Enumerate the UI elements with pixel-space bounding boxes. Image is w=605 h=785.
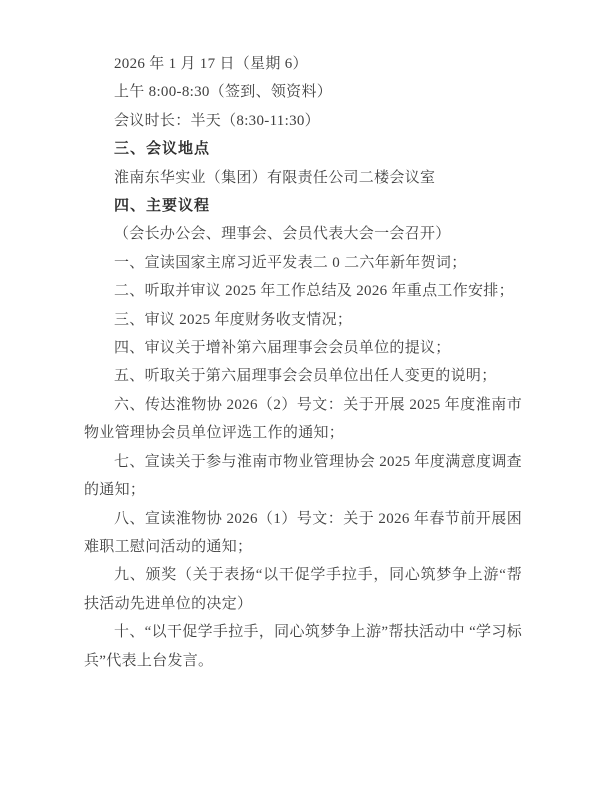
agenda-item-2: 二、听取并审议 2025 年工作总结及 2026 年重点工作安排； [84, 277, 522, 305]
section-heading-agenda: 四、主要议程 [84, 192, 522, 220]
agenda-item-6: 六、传达淮物协 2026（2）号文：关于开展 2025 年度淮南市物业管理协会员… [84, 391, 522, 448]
agenda-item-10: 十、“以干促学手拉手，同心筑梦争上游”帮扶活动中 “学习标兵”代表上台发言。 [84, 618, 522, 675]
agenda-item-9: 九、颁奖（关于表扬“以干促学手拉手，同心筑梦争上游“帮扶活动先进单位的决定） [84, 561, 522, 618]
agenda-note: （会长办公会、理事会、会员代表大会一会召开） [84, 220, 522, 248]
signin-time: 上午 8:00-8:30（签到、领资料） [84, 78, 522, 106]
meeting-location: 淮南东华实业（集团）有限责任公司二楼会议室 [84, 164, 522, 192]
meeting-date: 2026 年 1 月 17 日（星期 6） [84, 50, 522, 78]
agenda-item-5: 五、听取关于第六届理事会会员单位出任人变更的说明； [84, 362, 522, 390]
agenda-item-7: 七、宣读关于参与淮南市物业管理协会 2025 年度满意度调查的通知； [84, 448, 522, 505]
agenda-item-1: 一、宣读国家主席习近平发表二 0 二六年新年贺词； [84, 249, 522, 277]
document-body: 2026 年 1 月 17 日（星期 6） 上午 8:00-8:30（签到、领资… [84, 50, 522, 675]
agenda-item-8: 八、宣读淮物协 2026（1）号文：关于 2026 年春节前开展困难职工慰问活动… [84, 505, 522, 562]
agenda-item-4: 四、审议关于增补第六届理事会会员单位的提议； [84, 334, 522, 362]
agenda-item-3: 三、审议 2025 年度财务收支情况； [84, 306, 522, 334]
document-page: 2026 年 1 月 17 日（星期 6） 上午 8:00-8:30（签到、领资… [0, 0, 605, 785]
section-heading-location: 三、会议地点 [84, 135, 522, 163]
meeting-duration: 会议时长：半天（8:30-11:30） [84, 107, 522, 135]
